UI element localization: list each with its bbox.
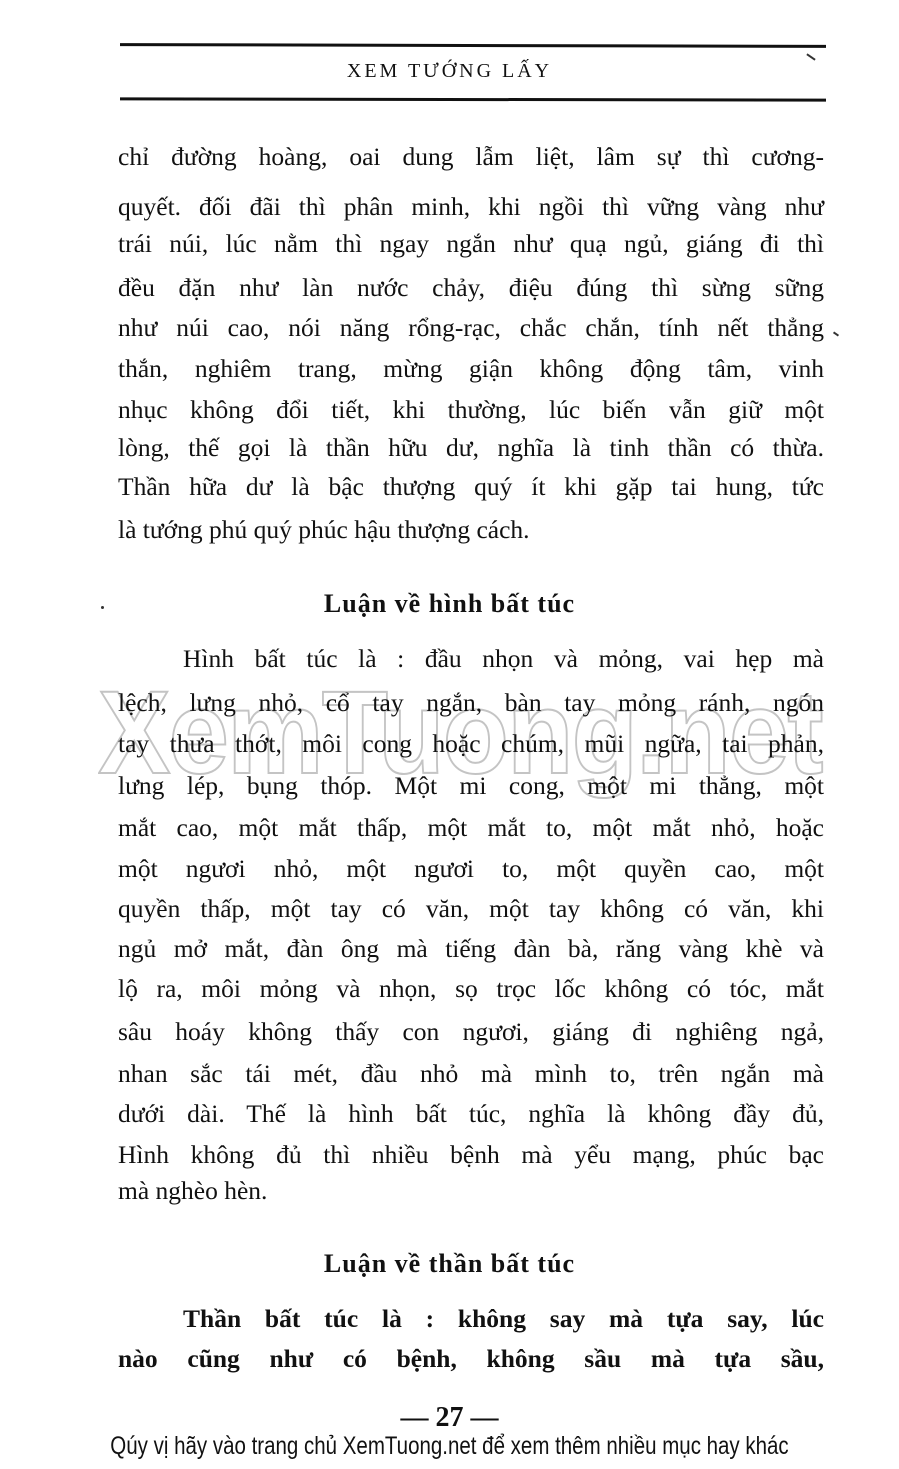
- body-line: mà nghèo hèn.: [118, 1176, 824, 1206]
- body-line: nhục không đổi tiết, khi thường, lúc biế…: [118, 395, 824, 425]
- body-line: như núi cao, nói năng rổng-rạc, chắc chắ…: [118, 313, 824, 343]
- body-line: lộ ra, môi mỏng và nhọn, sọ trọc lốc khô…: [118, 974, 824, 1004]
- body-line: lệch, lưng nhỏ, cổ tay ngắn, bàn tay mỏn…: [118, 688, 824, 718]
- section-heading-hinh-bat-tuc: Luận về hình bất túc: [0, 589, 899, 619]
- body-line: chỉ đường hoàng, oai dung lẫm liệt, lâm …: [118, 142, 824, 172]
- body-line: nhan sắc tái mét, đầu nhỏ mà mình to, tr…: [118, 1059, 824, 1089]
- body-line: nào cũng như có bệnh, không sầu mà tựa s…: [118, 1344, 824, 1374]
- body-line: tay thưa thớt, môi cong hoặc chúm, mũi n…: [118, 729, 824, 759]
- body-line: là tướng phú quý phúc hậu thượng cách.: [118, 515, 824, 545]
- body-line: đều đặn như làn nước chảy, điệu đúng thì…: [118, 273, 824, 303]
- page-body: chỉ đường hoàng, oai dung lẫm liệt, lâm …: [0, 0, 899, 1469]
- body-line: trái núi, lúc nằm thì ngay ngắn như quạ …: [118, 229, 824, 259]
- body-line: quyết. đối đãi thì phân minh, khi ngồi t…: [118, 192, 824, 222]
- body-line: một ngươi nhỏ, một ngươi to, một quyền c…: [118, 854, 824, 884]
- section-heading-than-bat-tuc: Luận về thần bất túc: [0, 1249, 899, 1279]
- body-line: lưng lép, bụng thóp. Một mi cong, một mi…: [118, 771, 824, 801]
- body-line: mắt cao, một mắt thấp, một mắt to, một m…: [118, 813, 824, 843]
- body-line: Thần bất túc là : không say mà tựa say, …: [183, 1304, 824, 1334]
- body-line: Thần hữa dư là bậc thượng quý ít khi gặp…: [118, 472, 824, 502]
- body-line: Hình bất túc là : đầu nhọn và mỏng, vai …: [183, 644, 824, 674]
- body-line: dưới dài. Thế là hình bất túc, nghĩa là …: [118, 1099, 824, 1129]
- body-line: quyền thấp, một tay có văn, một tay khôn…: [118, 894, 824, 924]
- body-line: ngủ mở mắt, đàn ông mà tiếng đàn bà, răn…: [118, 934, 824, 964]
- body-line: lòng, thế gọi là thần hữu dư, nghĩa là t…: [118, 433, 824, 463]
- body-line: thắn, nghiêm trang, mừng giận không động…: [118, 354, 824, 384]
- body-line: sâu hoáy không thấy con ngươi, giáng đi …: [118, 1017, 824, 1047]
- body-line: Hình không đủ thì nhiều bệnh mà yểu mạng…: [118, 1140, 824, 1170]
